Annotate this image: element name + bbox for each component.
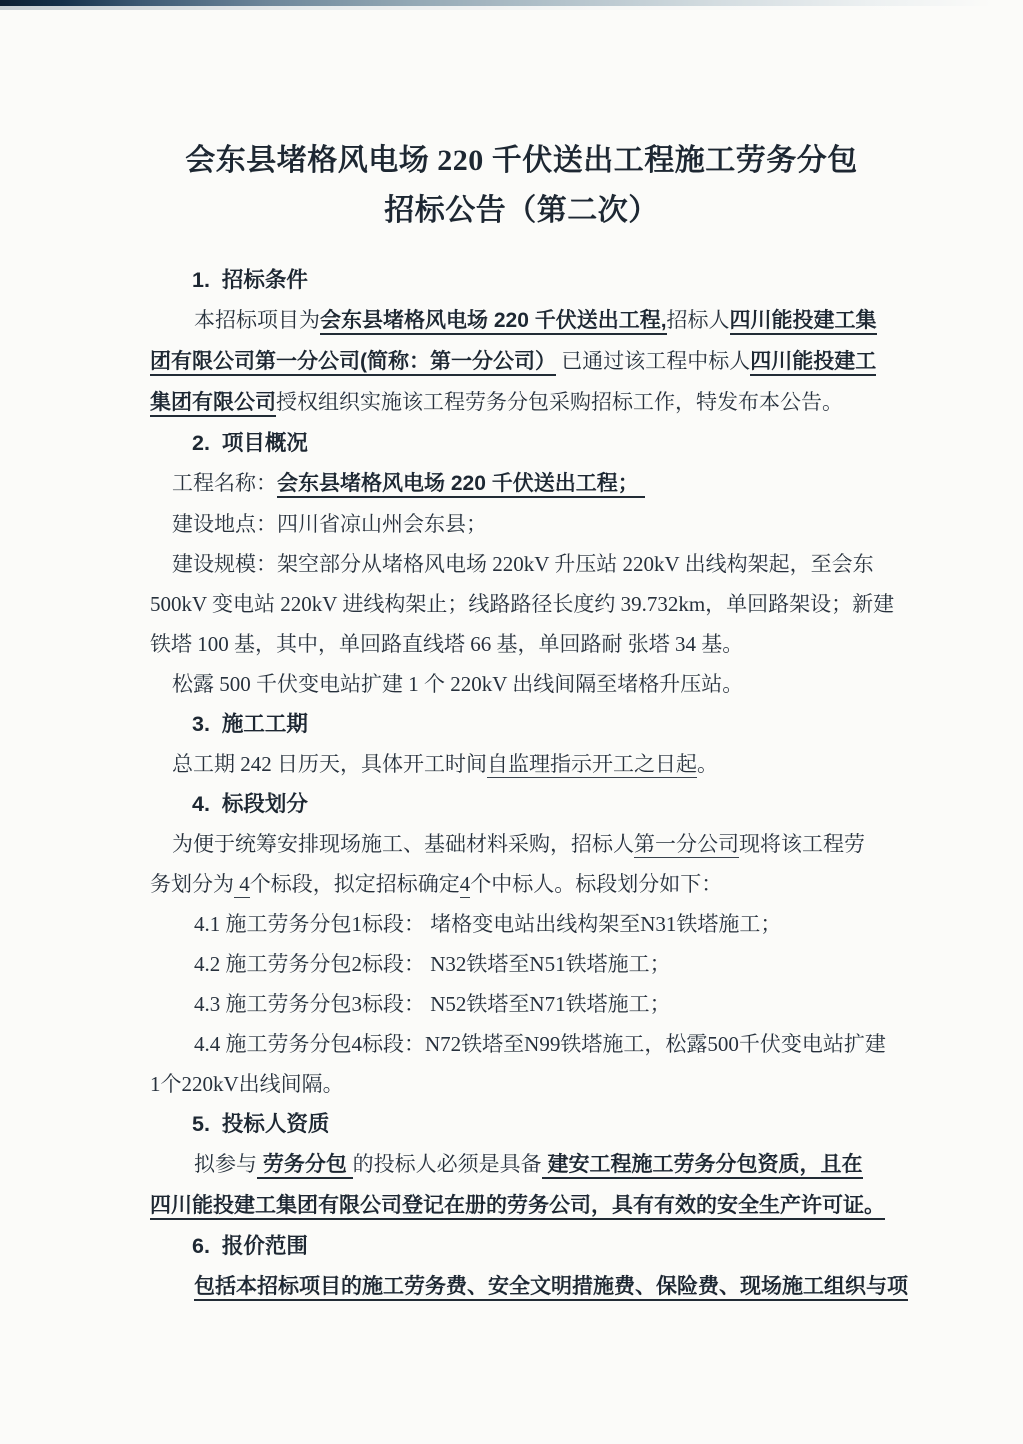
lot-item-2: 4.2 施工劳务分包2标段： N32铁塔至N51铁塔施工； <box>150 944 893 984</box>
text-run: 已通过该工程中标人 <box>556 349 750 373</box>
construction-period-line: 总工期 242 日历天，具体开工时间自监理指示开工之日起。 <box>150 744 893 784</box>
tenderer-name-run: 团有限公司第一分公司(简称：第一分公司） <box>150 350 556 376</box>
section-6-paragraph-line-1: 包括本招标项目的施工劳务费、安全文明措施费、保险费、现场施工组织与项 <box>150 1266 893 1307</box>
text-run: 的投标人必须是具备 <box>353 1152 542 1176</box>
section-4-paragraph-line-2: 务划分为 4个标段，拟定招标确定4个中标人。标段划分如下： <box>150 864 893 904</box>
lot-item-1: 4.1 施工劳务分包1标段： 堵格变电站出线构架至N31铁塔施工； <box>150 904 893 944</box>
text-run: 总工期 242 日历天，具体开工时间 <box>172 752 487 776</box>
project-name-line: 工程名称：会东县堵格风电场 220 千伏送出工程； <box>150 463 893 504</box>
title-line-2: 招标公告（第二次） <box>150 186 893 236</box>
lot-count-run: 4 <box>234 872 250 898</box>
section-1-paragraph-line-1: 本招标项目为会东县堵格风电场 220 千伏送出工程,招标人四川能投建工集 <box>150 300 893 341</box>
lot-item-3: 4.3 施工劳务分包3标段： N52铁塔至N71铁塔施工； <box>150 984 893 1024</box>
lot-item-4-line-2: 1个220kV出线间隔。 <box>150 1064 893 1104</box>
text-run: 。 <box>697 752 718 776</box>
section-1-paragraph-line-3: 集团有限公司授权组织实施该工程劳务分包采购招标工作，特发布本公告。 <box>150 382 893 423</box>
qualification-run: 四川能投建工集团有限公司登记在册的劳务公司，具有有效的安全生产许可证。 <box>150 1194 885 1220</box>
text-run: 个标段，拟定招标确定 <box>250 872 460 896</box>
lot-item-4-line-1: 4.4 施工劳务分包4标段：N72铁塔至N99铁塔施工，松露500千伏变电站扩建 <box>150 1024 893 1064</box>
start-date-run: 自监理指示开工之日起 <box>487 752 697 778</box>
section-4-paragraph-line-1: 为便于统筹安排现场施工、基础材料采购，招标人第一分公司现将该工程劳 <box>150 824 893 864</box>
text-run: 招标人 <box>667 308 730 332</box>
project-name-run: 会东县堵格风电场 220 千伏送出工程, <box>320 309 667 335</box>
quote-scope-run: 包括本招标项目的施工劳务费、安全文明措施费、保险费、现场施工组织与项 <box>194 1275 908 1301</box>
document-title: 会东县堵格风电场 220 千伏送出工程施工劳务分包 招标公告（第二次） <box>150 0 893 236</box>
text-run: 本招标项目为 <box>194 308 320 332</box>
songlu-substation-line: 松露 500 千伏变电站扩建 1 个 220kV 出线间隔至堵格升压站。 <box>150 664 893 704</box>
tenderer-name-run: 四川能投建工集 <box>730 309 877 335</box>
section-6-heading: 6. 报价范围 <box>150 1226 893 1266</box>
section-2-heading: 2. 项目概况 <box>150 423 893 463</box>
section-4-heading: 4. 标段划分 <box>150 784 893 824</box>
section-3-heading: 3. 施工工期 <box>150 704 893 744</box>
project-name-value: 会东县堵格风电场 220 千伏送出工程； <box>277 472 645 498</box>
text-run: 拟参与 <box>194 1152 257 1176</box>
qualification-run: 建安工程施工劳务分包资质，且在 <box>542 1153 863 1179</box>
section-5-paragraph-line-2: 四川能投建工集团有限公司登记在册的劳务公司，具有有效的安全生产许可证。 <box>150 1185 893 1226</box>
winner-name-run: 四川能投建工 <box>750 350 876 376</box>
winner-count-run: 4 <box>460 872 471 898</box>
winner-name-run: 集团有限公司 <box>150 391 276 417</box>
scanned-document-page: 会东县堵格风电场 220 千伏送出工程施工劳务分包 招标公告（第二次） 1. 招… <box>0 0 1023 1307</box>
section-1-paragraph-line-2: 团有限公司第一分公司(简称：第一分公司） 已通过该工程中标人四川能投建工 <box>150 341 893 382</box>
section-5-heading: 5. 投标人资质 <box>150 1104 893 1144</box>
text-run: 务划分为 <box>150 872 234 896</box>
project-scale-line-3: 铁塔 100 基，其中，单回路直线塔 66 基，单回路耐 张塔 34 基。 <box>150 624 893 664</box>
text-run: 现将该工程劳 <box>739 832 865 856</box>
subcontract-type-run: 劳务分包 <box>257 1153 353 1179</box>
project-scale-line-2: 500kV 变电站 220kV 进线构架止；线路路径长度约 39.732km，单… <box>150 584 893 624</box>
document-body: 1. 招标条件 本招标项目为会东县堵格风电场 220 千伏送出工程,招标人四川能… <box>150 260 893 1307</box>
section-5-paragraph-line-1: 拟参与 劳务分包 的投标人必须是具备 建安工程施工劳务分包资质，且在 <box>150 1144 893 1185</box>
scan-edge-artifact <box>0 0 1023 6</box>
text-run: 为便于统筹安排现场施工、基础材料采购，招标人 <box>172 832 634 856</box>
section-1-heading: 1. 招标条件 <box>150 260 893 300</box>
branch-name-run: 第一分公司 <box>634 832 739 858</box>
text-run: 授权组织实施该工程劳务分包采购招标工作，特发布本公告。 <box>276 390 843 414</box>
title-line-1: 会东县堵格风电场 220 千伏送出工程施工劳务分包 <box>150 136 893 186</box>
project-scale-line-1: 建设规模：架空部分从堵格风电场 220kV 升压站 220kV 出线构架起，至会… <box>150 544 893 584</box>
field-label: 工程名称： <box>172 471 277 495</box>
text-run: 个中标人。标段划分如下： <box>470 872 722 896</box>
project-location-line: 建设地点：四川省凉山州会东县； <box>150 504 893 544</box>
